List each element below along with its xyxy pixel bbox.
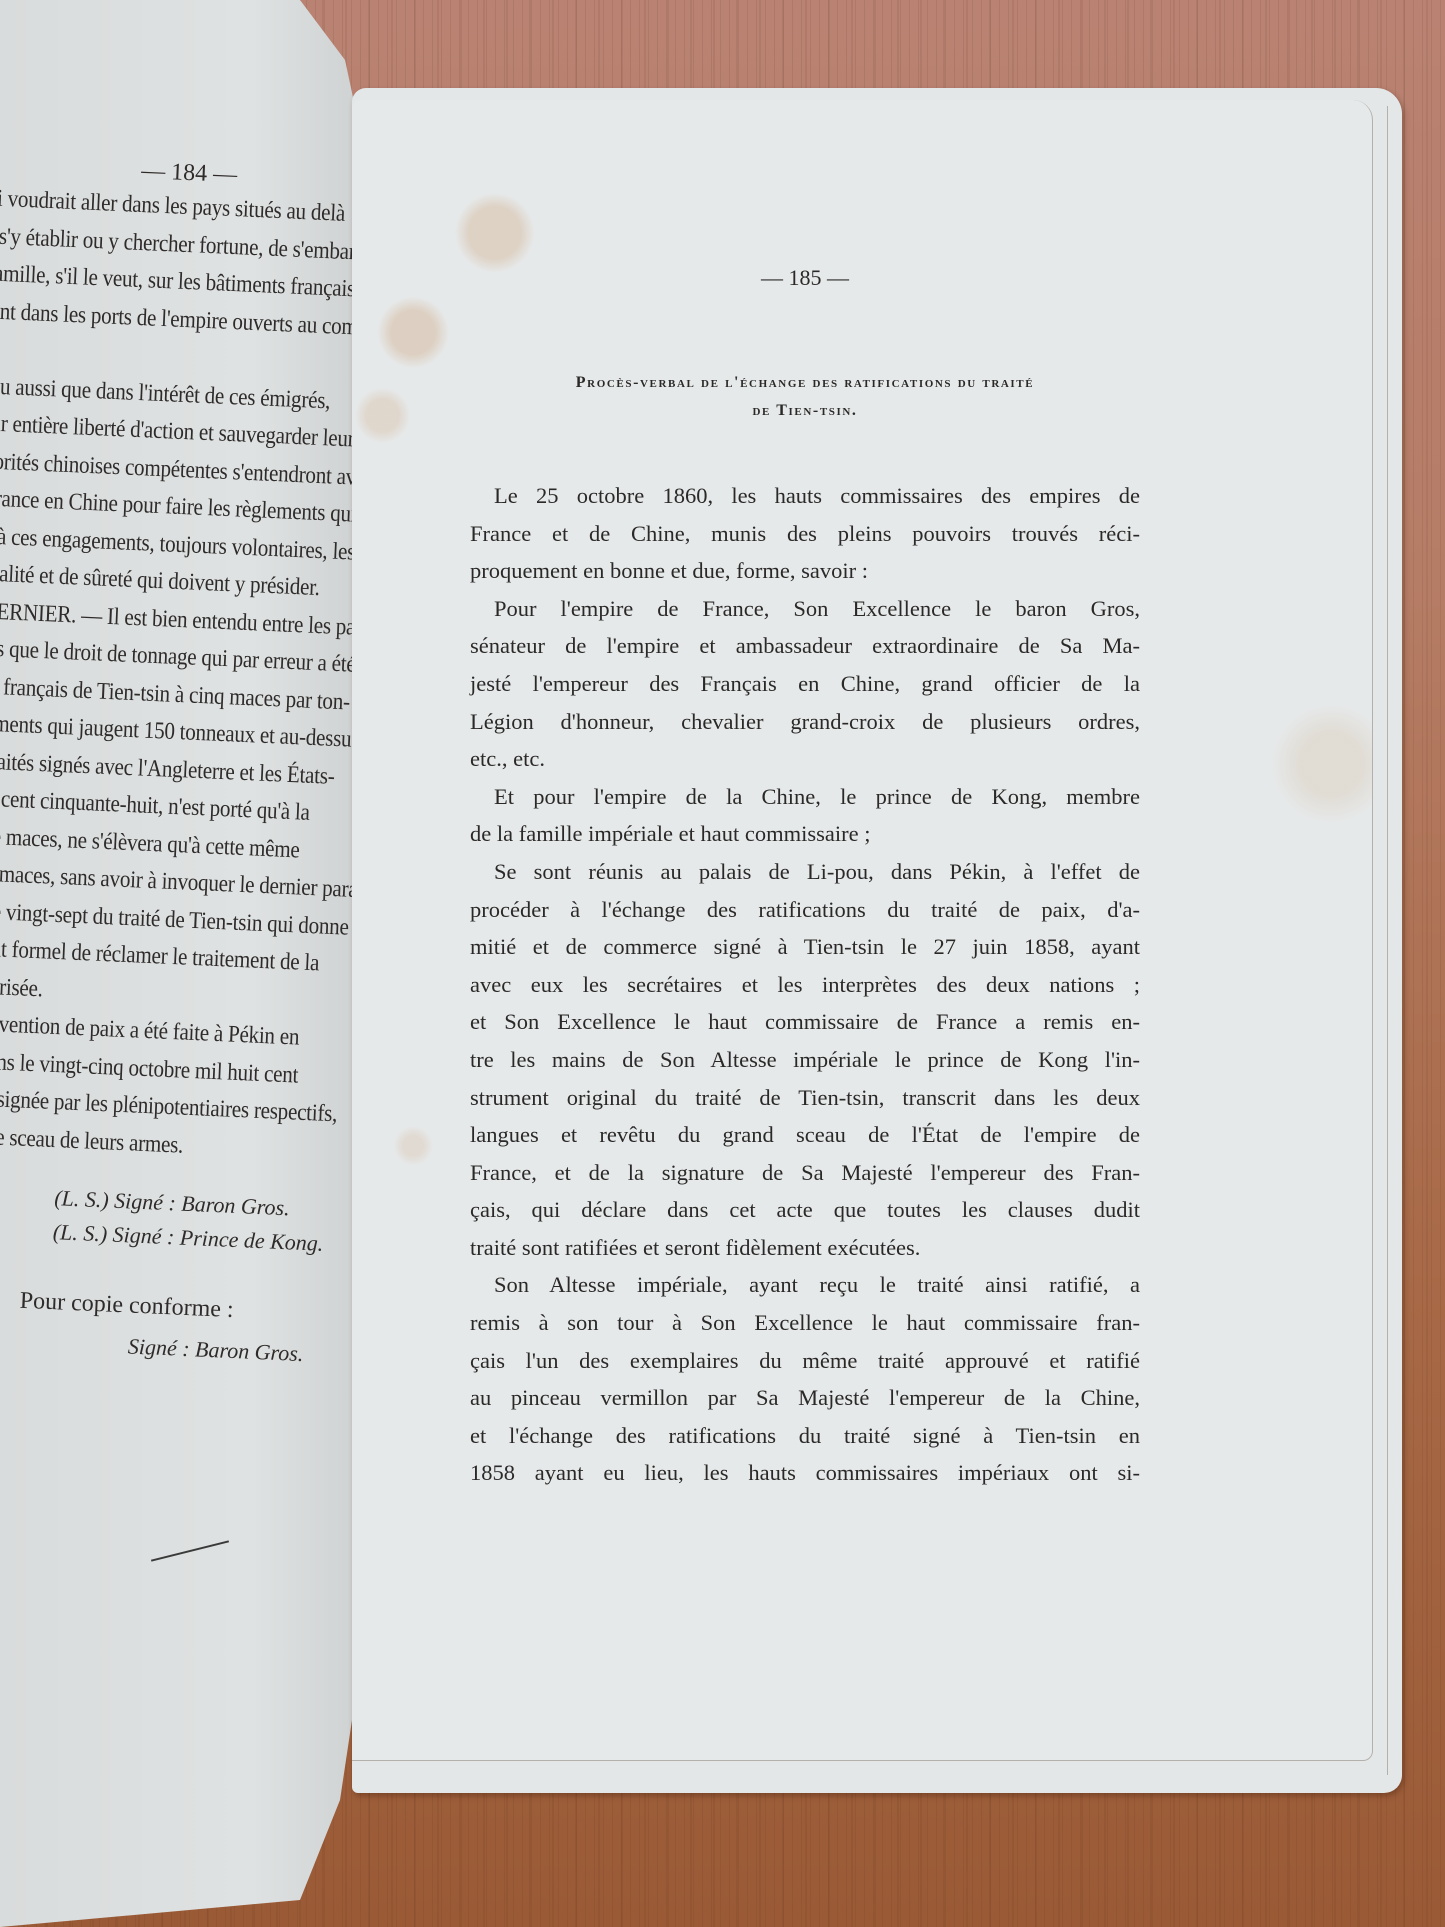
text-line: Et pour l'empire de la Chine, le prince …	[470, 778, 1140, 816]
text-line: jesté l'empereur des Français en Chine, …	[470, 665, 1140, 703]
left-page-text: is qui voudrait aller dans les pays situ…	[0, 179, 358, 1171]
right-page-content: — 185 — Procès-verbal de l'échange des r…	[470, 265, 1140, 1492]
text-line: traité sont ratifiées et seront fidèleme…	[470, 1229, 1140, 1267]
text-line: sénateur de l'empire et ambassadeur extr…	[470, 627, 1140, 665]
text-line: France et de Chine, munis des pleins pou…	[470, 515, 1140, 553]
text-line: langues et revêtu du grand sceau de l'Ét…	[470, 1116, 1140, 1154]
text-line: proquement en bonne et due, forme, savoi…	[470, 552, 1140, 590]
text-line: çais, qui déclare dans cet acte que tout…	[470, 1191, 1140, 1229]
copy-signature: Signé : Baron Gros.	[127, 1329, 308, 1371]
text-line: Le 25 octobre 1860, les hauts commissair…	[470, 477, 1140, 515]
text-line: etc., etc.	[470, 740, 1140, 778]
text-line: çais l'un des exemplaires du même traité…	[470, 1342, 1140, 1380]
section-title: Procès-verbal de l'échange des ratificat…	[470, 369, 1140, 425]
text-line: et l'échange des ratifications du traité…	[470, 1417, 1140, 1455]
left-page-content: — 184 — is qui voudrait aller dans les p…	[0, 150, 360, 1371]
text-line: remis à son tour à Son Excellence le hau…	[470, 1304, 1140, 1342]
copy-conforme-label: Pour copie conforme :	[19, 1288, 310, 1328]
text-line: au pinceau vermillon par Sa Majesté l'em…	[470, 1379, 1140, 1417]
text-line: tre les mains de Son Altesse impériale l…	[470, 1041, 1140, 1079]
text-line: Pour l'empire de France, Son Excellence …	[470, 590, 1140, 628]
text-line: procéder à l'échange des ratifications d…	[470, 891, 1140, 929]
title-line-1: Procès-verbal de l'échange des ratificat…	[470, 369, 1140, 397]
text-line: Se sont réunis au palais de Li-pou, dans…	[470, 853, 1140, 891]
body-text: Le 25 octobre 1860, les hauts commissair…	[470, 477, 1140, 1492]
text-line: 1858 ayant eu lieu, les hauts commissair…	[470, 1454, 1140, 1492]
signature-block: (L. S.) Signé : Baron Gros. (L. S.) Sign…	[52, 1181, 315, 1260]
text-line: mitié et de commerce signé à Tien-tsin l…	[470, 928, 1140, 966]
text-line: France, et de la signature de Sa Majesté…	[470, 1154, 1140, 1192]
text-line: de la famille impériale et haut commissa…	[470, 815, 1140, 853]
title-line-2: de Tien-tsin.	[470, 397, 1140, 425]
text-line: strument original du traité de Tien-tsin…	[470, 1079, 1140, 1117]
left-page: — 184 — is qui voudrait aller dans les p…	[0, 0, 360, 1927]
closing-rule	[151, 1540, 229, 1561]
text-line: avec eux les secrétaires et les interprè…	[470, 966, 1140, 1004]
text-line: Légion d'honneur, chevalier grand-croix …	[470, 703, 1140, 741]
text-line: et Son Excellence le haut commissaire de…	[470, 1003, 1140, 1041]
text-line: Son Altesse impériale, ayant reçu le tra…	[470, 1266, 1140, 1304]
page-number: — 185 —	[470, 265, 1140, 291]
